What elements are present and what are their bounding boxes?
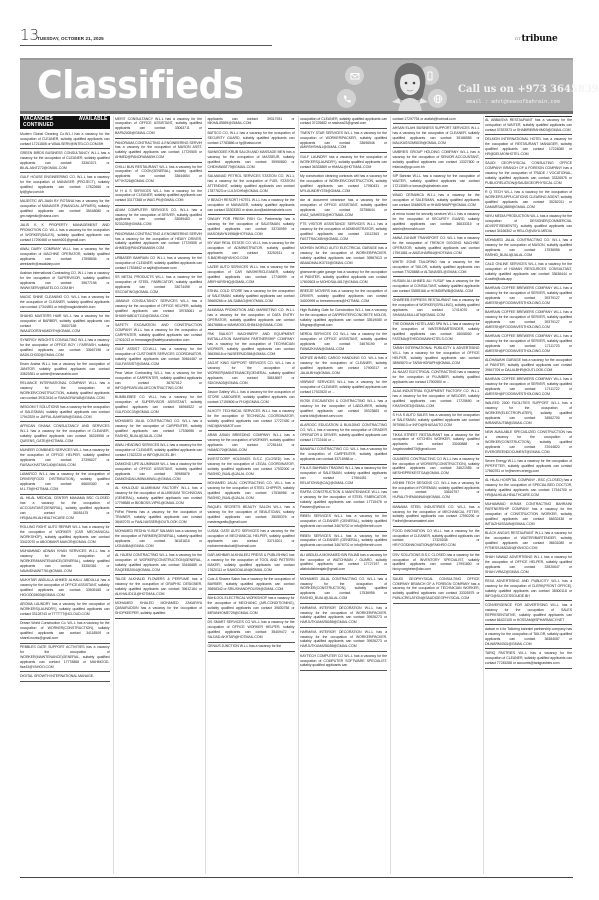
classified-ad: AWAL DAIRY COMPANY W.L.L has a vacancy f… — [20, 246, 110, 269]
classified-ad: Modern Global Cleaning Co.W.L.I has a va… — [20, 131, 110, 149]
classified-ad: MOHAMED JALAL CONTRACTING CO. W.L.L has … — [300, 576, 387, 604]
classified-ad: Enam Arabia W.L.L has a vacancy for the … — [20, 362, 110, 380]
classified-ad: LUSAIL GATE AUTO SERVICES has a vacancy … — [208, 529, 295, 552]
classified-ad: FitFat Fitness has a vacancy for the occ… — [115, 510, 202, 528]
brand-prefix: DT — [515, 36, 520, 41]
banner-title: Classifieds — [37, 62, 244, 108]
classified-ad: SAUDI GEOPHYSICAL CONSULTING OFFICE COMP… — [393, 576, 480, 604]
classified-ad: High Building Gate for Construction W.L.… — [300, 308, 387, 331]
classified-ad: BAHRAIN COFFEE BREWERS COMPANY W.L.L has… — [485, 310, 572, 333]
classified-ad: RAFEA CONSTRUCTION & MAINTENANCE W.L.L h… — [300, 490, 387, 513]
classified-ad: MUNEER COMBINED SERVICES W.L.L has a vac… — [20, 448, 110, 471]
classified-ad: MOHAMED REDHA YUSUF SALMAN has a vacancy… — [115, 529, 202, 552]
brand-logo: DTtribune — [515, 34, 558, 44]
classified-ad: MOHAMED JALAL CONTRACTING CO. W.L.L has … — [485, 238, 572, 261]
classified-ad: JAMANJI CONSULTANCY SERVICES W.L.L has a… — [115, 298, 202, 321]
classified-ad: GULF HOUSE ENGINEERING CO. W.L.L has a v… — [20, 174, 110, 197]
classified-ad: RIBEN SERVICES W.L.L has a vacancy for t… — [300, 514, 387, 532]
classified-ad: ASHIMI TECH DESIGNS CO. W.L.L has a vaca… — [393, 480, 480, 503]
classified-ad: SYNERGY INSIGHTS CONSULTING W.L.L has a … — [20, 338, 110, 361]
classified-ad: applicants can contact 39317931 or MKHAL… — [208, 116, 295, 129]
classified-ad: AFRICAN GHANA CONSULTANCY AND SERVICES W… — [20, 424, 110, 447]
globe-icon — [428, 89, 447, 108]
classified-ad: Pear Value Contracting W.L.L has a vacan… — [115, 370, 202, 393]
classified-ad: JALIS K K PROPERTY MANAGEMENT AND PROMOT… — [20, 222, 110, 245]
classified-ad: AL ABBASIYA RESTAURANT has a vacancy for… — [485, 116, 572, 135]
classified-ad: AL KHULOUD ALUMINIUM FACTORY W.L.L has a… — [115, 486, 202, 509]
classified-ad: GULF ASSIST CO.W.L.L has a vacancy for t… — [115, 346, 202, 369]
classified-ad: VAYU MEDIA PRODUCTION W.L.L has a vacanc… — [485, 214, 572, 237]
classified-ad: S H A S AUTO SALES has a vacancy for the… — [393, 413, 480, 431]
classified-ad: SHAH NAWAZ ADVERTISING W.L.L has a vacan… — [485, 555, 572, 578]
classifieds-columns: VACANCIES AVAILABLE CONTINUED Modern Glo… — [20, 116, 573, 874]
classified-ad: dalwar m k for Tailoring bahraini partne… — [485, 627, 572, 650]
classified-ad: MANAMA STEEL INDUSTRIES CO. W.L.L has a … — [393, 504, 480, 527]
classified-ad: FTS VISITOR ASSISTANCE SERVICES W.L.L ha… — [300, 221, 387, 244]
classified-ad: Dream World Construction Co. W.L.L has a… — [20, 621, 110, 644]
classified-ad: SALMANAD PETROL SERVICES STATION CO. W.L… — [208, 173, 295, 196]
classified-ad: TIKKA STREET RESTAURANT has a vacancy fo… — [393, 432, 480, 455]
classified-ad: HARMAYA INTERIOR DECORATION W.L.L has a … — [300, 629, 387, 652]
classified-ad: SHAHID MASTERS HAIR W.L.L has a vacancy … — [20, 314, 110, 337]
classified-ad: NEW AVAILABLE SPECIALIZED CONSTRUCTION h… — [485, 430, 572, 458]
classified-ad: THE DOMAIN HOTEL AND SPA W.L.L has a vac… — [393, 322, 480, 345]
mail-icon — [345, 66, 364, 85]
classified-ad: MOHAMED KHALED MOHAMED ZAKARIYA QAMARUDD… — [115, 601, 202, 619]
classified-ad: GENIUS JUNCTION W.L.L has a vacancy for … — [208, 644, 295, 652]
classified-ad: BAHRAIN COFFEE BREWERS COMPANY W.L.L has… — [485, 286, 572, 309]
classified-ad: FOOD INNOVATION CO W.L.L has a vacancy f… — [393, 528, 480, 551]
classified-ad: NERDA SERVICES CO W.L.L has a vacancy fo… — [300, 332, 387, 355]
classified-ad: SIP Bahrain W.L.L has a vacancy for the … — [393, 173, 480, 191]
classified-ad: Arabian International Contracting CO. W.… — [20, 270, 110, 293]
classified-ad: al emna house for security services W.L.… — [393, 212, 480, 235]
column-1: VACANCIES AVAILABLE CONTINUED Modern Glo… — [20, 116, 110, 874]
classified-ad: BAHLOOL ELECTRICAL WORKSHOP has a vacanc… — [208, 596, 295, 619]
classified-ad: BUMBLEBEE CO. W.L.L has a vacancy for th… — [115, 394, 202, 417]
column-3: applicants can contact 39317931 or MKHAL… — [205, 116, 295, 874]
classified-ad: R Q TECH W.L.L has a vacancy for the occ… — [485, 190, 572, 213]
column-4: occupation of CLEANER, suitably qualifie… — [298, 116, 388, 874]
support-agent-illustration — [390, 60, 430, 113]
classified-ad: GULBERG CONTRACTING CO W.L.L has a vacan… — [393, 456, 480, 479]
classified-ad: DAR AKHBAR ALKHALEEJ PRESS & PUBLISHING … — [208, 553, 295, 576]
classified-ad: ALAROOC EDUCATION & BUILDING CONTRACTING… — [300, 423, 387, 446]
classified-ad: WHITE ZONE TAILORING has a vacancy for t… — [393, 260, 480, 278]
classified-ad: MERIT CONSULTANCY W.L.L has a vacancy fo… — [115, 116, 202, 139]
classified-ad: V BEACH RESORT HOTEL W.L.L has a vacancy… — [208, 197, 295, 215]
section-heading: VACANCIES AVAILABLE CONTINUED — [20, 116, 110, 129]
column-6: AL ABBASIYA RESTAURANT has a vacancy for… — [483, 116, 573, 874]
classified-ad: KIOSK EXCAVATION & CONTRACTING W.L.L has… — [300, 399, 387, 422]
classified-ad: TWENTY STAR SERVICES W.L.L has a vacancy… — [300, 130, 387, 153]
classified-ad: GHAREEB EXPRESS RESTAURANT has a vacancy… — [393, 298, 480, 321]
classified-ad: PANORAMA CONTRACTING & ENGINEERING SERVI… — [115, 231, 202, 254]
classified-ad: DS SMART SERVICES CO W.L.L has a vacancy… — [208, 620, 295, 643]
classified-ad: MAJESTIC AR-JAAN BY ROTANA has a vacancy… — [20, 198, 110, 221]
classified-ad: TALGE ALKHALID FLOWERS & PERFUME has a v… — [115, 577, 202, 600]
classified-ad: MUHAMMAD ADNAN KHAN SERVICES W.L.L has a… — [20, 549, 110, 577]
classified-ad: AROMA LAUNDRY has a vacancy for the occu… — [20, 602, 110, 620]
classified-ad: GREEN BIRDS BUSINESS CONSULTANCY W.L.L h… — [20, 150, 110, 173]
classified-ad: My construction cleaning contracts will … — [300, 173, 387, 196]
classified-ad: JAGJIT KING SUPPORT SERVICES CO. W.L.L h… — [208, 361, 295, 389]
classified-ad: ALHOTY TECHNICAL SERVICES W.L.L has a va… — [208, 409, 295, 432]
classified-ad: AL HAJEM CONTRACTING W.L.L has a vacancy… — [115, 553, 202, 576]
classified-ad: WAAD CERAMICA W.L.L has a vacancy for th… — [393, 192, 480, 210]
classified-ad: HARMAYA INTERIOR DECORATION W.L.L has a … — [300, 605, 387, 628]
classified-ad: TARAH INTERNATIONAL PUBLICITY & ADVERTIS… — [393, 346, 480, 369]
call-us-phone[interactable]: Call us on +973 36458394 — [458, 84, 599, 95]
classified-ad: KAYTECH COMPUTER CO W.L.L has a vacancy … — [300, 653, 387, 671]
classified-ad: SAFETY EXCAVATION AND CONSTRUCTION COMPA… — [115, 322, 202, 345]
classified-ad: TARIQ PASTRIES W.L.L has a vacancy for t… — [485, 651, 572, 669]
classified-ad: ROLLING RIGHT AUTO REPAIR W.L.L has a va… — [20, 525, 110, 548]
classified-ad: BANARAJ CONTRACTING CO. W.L.L has a vaca… — [300, 447, 387, 465]
classified-ad: AL HILAL HOSPITAL COMPANY - BSC (CLOSED)… — [485, 478, 572, 501]
classified-ad: MAGIC SHINE CLEANING CO. W.L.L has a vac… — [20, 294, 110, 312]
classified-ad: CONVERGENCE FOR ADVERTISING W.L.L has a … — [485, 603, 572, 626]
classified-ad: ESHAL COLD STORE has a vacancy for the o… — [208, 289, 295, 307]
classified-ad: AWAL HEADING SERVICES W.L.L has a vacanc… — [115, 442, 202, 460]
classified-ad: CALD ONLINE SERVICES W.L.L has a vacancy… — [485, 262, 572, 285]
classified-ad: ALI ABDULLA MOHAMED BIN RAJAB has a vaca… — [300, 552, 387, 575]
classified-ad: SANWODEE KRUB SALON AND MASSAGE MEN has … — [208, 149, 295, 172]
classified-ad: HUSAIN ALI AHMED ALI YUSUF has a vacancy… — [393, 279, 480, 297]
footer-rule — [20, 877, 573, 878]
classified-ad: WISDOM IT SOLUTIONS has a vacancy for th… — [20, 405, 110, 423]
classified-ad: DSV SOLUTIONS B.S.C CLOSED has a vacancy… — [393, 552, 480, 575]
classified-ad: DELMON INTERNATIONAL HOTEL has a vacancy… — [485, 137, 572, 160]
column-2: MERIT CONSULTANCY W.L.L has a vacancy fo… — [113, 116, 203, 874]
classified-ad: RAQUEL SECRETS BEAUTY SALON W.L.L has a … — [208, 505, 295, 528]
contact-email[interactable]: email : advt@newsofbahrain.com — [466, 99, 560, 105]
phone-icon — [337, 89, 356, 108]
classified-ad: LAMARCO W.L.L has a vacancy for the occu… — [20, 472, 110, 495]
classified-ad: ARAB ASIAN BREEDING COMPANY W.L.L has a … — [208, 433, 295, 456]
classified-ad: GULF LAUNDRY has a vacancy for the occup… — [300, 154, 387, 172]
page-date: TUESDAY, OCTOBER 21, 2025 — [37, 36, 104, 41]
classified-ad: MOHAMED JALAL CONTRACTING CO. W.L.L has … — [115, 418, 202, 441]
classified-ad: SS METAL PRODUCTS W.L.L has a vacancy fo… — [115, 274, 202, 297]
classified-ad: CHILLI BUN RESTAURANT W.L.L has a vacanc… — [115, 164, 202, 187]
classified-ad: AMNA ZUHAIR TRANSPORT CO. W.L.L has a va… — [393, 236, 480, 259]
page-header: 13 TUESDAY, OCTOBER 21, 2025 — [20, 24, 272, 46]
classified-ad: BAHRAIN COFFEE BREWERS COMPANY W.L.L has… — [485, 334, 572, 357]
banner-bottom-rule — [20, 111, 573, 114]
classified-ad: PEBBLES GATE SUPPORT ACTIVITIES has a va… — [20, 645, 110, 673]
classified-ad: WALEED 2000 FACILITIES SUPPORT W.L.L has… — [485, 401, 572, 429]
classified-ad: UMBRIES GROUP HOLDING COMPANY W.L.L has … — [393, 149, 480, 172]
classified-ad: Seven Energy W.L.L has a vacancy for the… — [485, 459, 572, 477]
classified-ad: AL HILAL MEDICAL CENTER MANAMA BSC CLOSE… — [20, 496, 110, 524]
classified-ad: SAUDI GEOPHYSICAL CONSULTING OFFICE COMP… — [485, 161, 572, 189]
classified-ad: BREEZE MOVERS has a vacancy for the occu… — [300, 289, 387, 307]
classified-ad: MY WAY REAL ESTATE CO. W.L.L has a vacan… — [208, 240, 295, 263]
classified-ad: AHSAN ELAHI BUSINESS SUPPORT SERVICES W.… — [393, 125, 480, 148]
classified-ad: PAK SIALKOT MACHINERY AND EQUIPMENT INST… — [208, 332, 295, 360]
classifieds-banner: Classifieds Call us on +973 36458394 ema… — [20, 58, 573, 113]
classified-ad: DIGITAL GROWTH INTERNATIONAL MANAGE- — [20, 674, 110, 682]
classified-ad: AL NAJAT ELECTRICAL CONTRACTING has a va… — [393, 370, 480, 388]
classified-ad: ALMASAA PROMOTION AND MARKETING CO. W.L.… — [208, 308, 295, 331]
classified-ad: MUKHTAR ABDULLA AHMED ALHALLI ABDULLA ha… — [20, 578, 110, 601]
classified-ad: M H A S SERVICES W.L.L has a vacancy for… — [115, 188, 202, 206]
classified-ad: INVESTCORP HOLDINGS B.S.C (CLOSED) has a… — [208, 457, 295, 480]
classified-ad: MOHSIN WORLD AUTO ELECTRICAL GARAGE has … — [300, 245, 387, 268]
classified-ad: ALAA INDUSTRIAL EQUIPMENT FACTORY CO. W.… — [393, 389, 480, 412]
classified-ad: ALDHAWAHI GARAGE has a vacancy for the o… — [485, 358, 572, 376]
classified-ad: BLACK ANGUS RESTAURANT W.L.L has a vacan… — [485, 531, 572, 554]
classified-ad: REXA ADVERTISING AND PUBLICITY W.L.L has… — [485, 579, 572, 602]
classified-ad: URBASER BAHRAIN CO W.L.L has a vacancy f… — [115, 255, 202, 273]
classified-ad: Cutz & Shavez Salon has a vacancy for th… — [208, 577, 295, 595]
classified-ad: BAHRAIN COFFEE BREWERS COMPANY W.L.L has… — [485, 377, 572, 400]
brand-name: tribune — [521, 34, 557, 44]
classified-ad: MUHAMMAD IKRAM CONTRACTING BAHRAINI PART… — [485, 502, 572, 530]
column-5: contact 17297754 or arafah@hotmail.comAH… — [390, 116, 480, 874]
classified-ad: Jasoor Gallery W.L.L has a vacancy for t… — [208, 389, 295, 407]
classified-ad: VIBRANT SERVICES W.L.L has a vacancy for… — [300, 380, 387, 398]
classified-ad: LAZER AUTO SERVICES W.L.L has a vacancy … — [208, 264, 295, 287]
classified-ad: ghamorrah gate garage has a vacancy for … — [300, 269, 387, 287]
classified-ad: BATSCO CO. W.L.L has a vacancy for the o… — [208, 130, 295, 148]
classified-ad: F.N.A.S BAHRAIN TRADING W.L.L has a vaca… — [300, 466, 387, 489]
classified-ad: PANORAMA CONTRACTING & ENGINEERING SERVI… — [115, 140, 202, 163]
classified-ad: OWLMY FOR FRESH FISH Co. Partnership has… — [208, 216, 295, 239]
classified-ad: RELIANCE INTERNATIONAL COMPANY W.L.L has… — [20, 381, 110, 404]
classified-ad: MOHAMED JALAL CONTRACTING CO. W.L.L has … — [208, 481, 295, 504]
classified-ad: contact 17297754 or arafah@hotmail.com — [393, 116, 480, 124]
header-rule — [20, 45, 272, 46]
classified-ad: dar al document clearance has a vacancy … — [300, 197, 387, 220]
classified-ad: DIAMOND LIFE ALUMINIUM W.L.L has a vacan… — [115, 462, 202, 485]
classified-ad: ADAM COMPUTER SERVICES CO. W.L.L has a v… — [115, 207, 202, 230]
classified-ad: occupation of CLEANER, suitably qualifie… — [300, 116, 387, 129]
classified-ad: RIBEN SERVICES W.L.L has a vacancy for t… — [300, 533, 387, 551]
classified-ad: MOFIZE AHMED CARGO HANDLING CO. W.L.L ha… — [300, 356, 387, 379]
